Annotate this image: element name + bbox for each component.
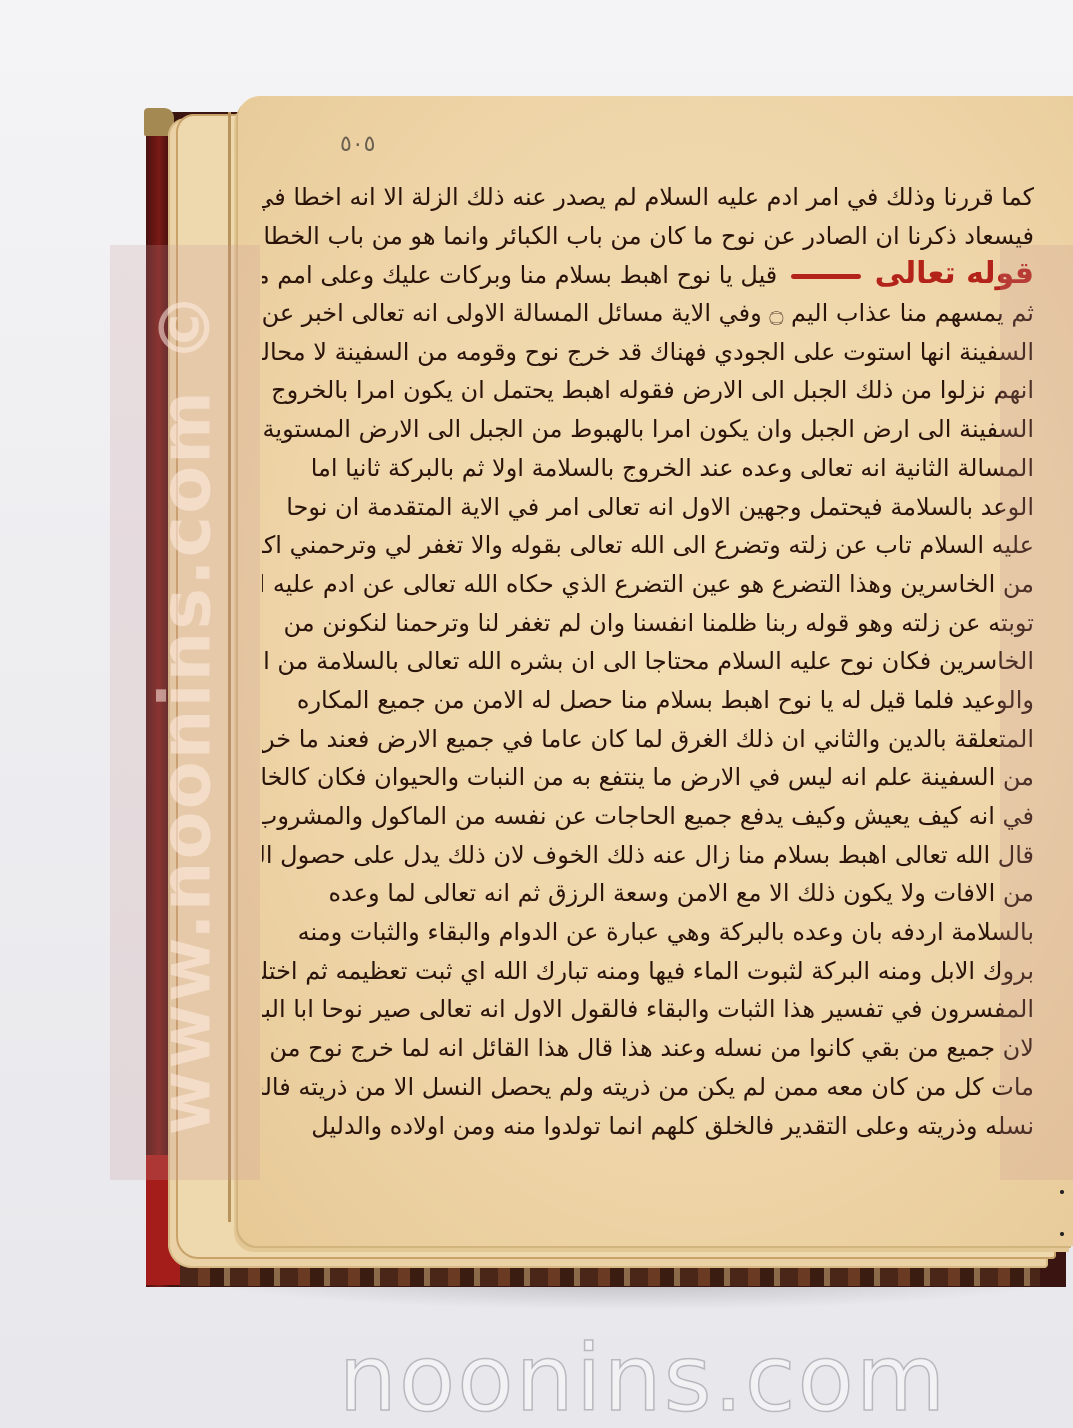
text-line: قيل يا نوح اهبط بسلام منا وبركات عليك وع…	[262, 261, 777, 289]
watermark-bottom: noonins.com	[338, 1325, 948, 1428]
text-line: لان جميع من بقي كانوا من نسله وعند هذا ق…	[262, 1029, 1034, 1068]
text-line: فيسعاد ذكرنا ان الصادر عن نوح ما كان من …	[262, 217, 1034, 256]
text-line: قال الله تعالى اهبط بسلام منا زال عنه ذل…	[262, 836, 1034, 875]
watermark-vertical-left: www.noonins.com ©	[110, 245, 260, 1180]
text-line: الخاسرين فكان نوح عليه السلام محتاجا الى…	[262, 642, 1034, 681]
text-line: نسله وذريته وعلى التقدير فالخلق كلهم انم…	[262, 1107, 1034, 1146]
manuscript-text: كما قررنا وذلك في امر ادم عليه السلام لم…	[262, 178, 1034, 1145]
watermark-vertical-right: www.noonins.com ©	[1000, 245, 1073, 1180]
text-line: السفينة انها استوت على الجودي فهناك قد خ…	[262, 333, 1034, 372]
text-line: ثم يمسهم منا عذاب اليم ۝ وفي الاية مسائل…	[262, 294, 1034, 333]
text-line: المفسرون في تفسير هذا الثبات والبقاء فال…	[262, 990, 1034, 1029]
text-line: الوعد بالسلامة فيحتمل وجهين الاول انه تع…	[262, 488, 1034, 527]
rubric-overline	[791, 274, 861, 279]
text-line: من الافات ولا يكون ذلك الا مع الامن وسعة…	[262, 874, 1034, 913]
text-line: بروك الابل ومنه البركة لثبوت الماء فيها …	[262, 952, 1034, 991]
text-line: بالسلامة اردفه بان وعده بالبركة وهي عبار…	[262, 913, 1034, 952]
text-line: المتعلقة بالدين والثاني ان ذلك الغرق لما…	[262, 720, 1034, 759]
text-line: من الخاسرين وهذا التضرع هو عين التضرع ال…	[262, 565, 1034, 604]
margin-dot	[1060, 1190, 1064, 1194]
text-line: عليه السلام تاب عن زلته وتضرع الى الله ت…	[262, 526, 1034, 565]
text-line: من السفينة علم انه ليس في الارض ما ينتفع…	[262, 758, 1034, 797]
text-line: المسالة الثانية انه تعالى وعده عند الخرو…	[262, 449, 1034, 488]
text-line: كما قررنا وذلك في امر ادم عليه السلام لم…	[262, 178, 1034, 217]
text-line: انهم نزلوا من ذلك الجبل الى الارض فقوله …	[262, 371, 1034, 410]
text-line: والوعيد فلما قيل له يا نوح اهبط بسلام من…	[262, 681, 1034, 720]
text-line: في انه كيف يعيش وكيف يدفع جميع الحاجات ع…	[262, 797, 1034, 836]
text-line: مات كل من كان معه ممن لم يكن من ذريته ول…	[262, 1068, 1034, 1107]
text-line: السفينة الى ارض الجبل وان يكون امرا باله…	[262, 410, 1034, 449]
page-number: ٥٠٥	[340, 132, 375, 157]
text-line: توبته عن زلته وهو قوله ربنا ظلمنا انفسنا…	[262, 604, 1034, 643]
text-line-with-heading: قوله تعالى قيل يا نوح اهبط بسلام منا وبر…	[262, 255, 1034, 294]
margin-dot	[1060, 1232, 1064, 1236]
